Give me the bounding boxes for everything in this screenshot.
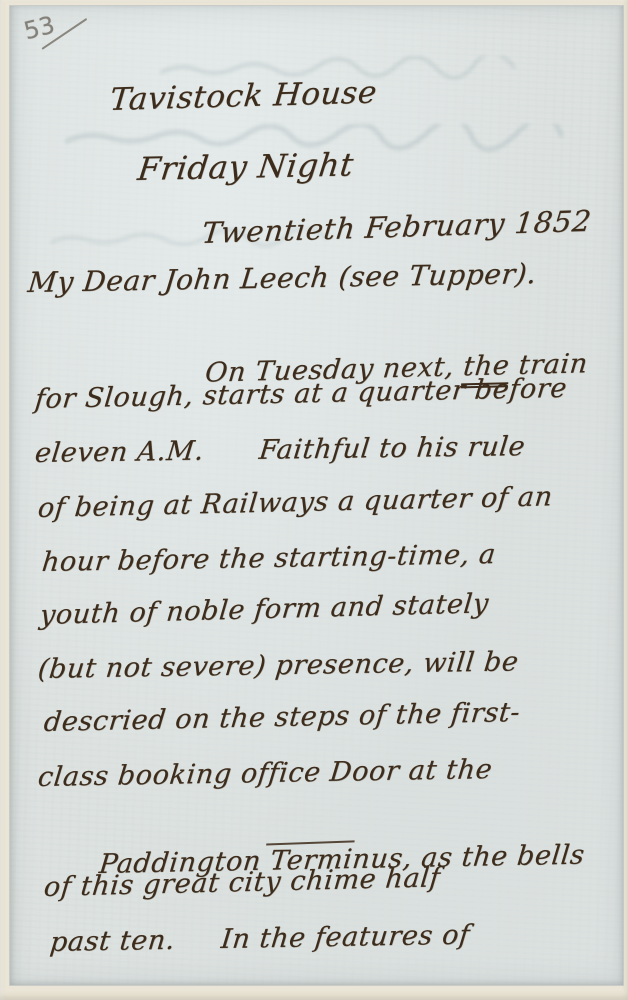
letter-body-line: descried on the steps of the first-: [42, 697, 521, 738]
letter-body-line: youth of noble form and stately: [39, 588, 491, 631]
letter-body-line: past ten. In the features of: [48, 920, 471, 958]
letter-body-line: class booking office Door at the: [36, 754, 494, 793]
letter-body-line: of being at Railways a quarter of an: [36, 481, 554, 524]
letter-dateline-date: Twentieth February 1852: [200, 204, 593, 250]
letter-page: 53 Tavistock House Friday Night Twentiet…: [9, 5, 624, 986]
manuscript-photo: 53 Tavistock House Friday Night Twentiet…: [0, 0, 628, 1000]
letter-body-line: eleven A.M. Faithful to his rule: [33, 431, 527, 469]
letter-address: Tavistock House: [108, 75, 378, 118]
letter-body-line: hour before the starting-time, a: [40, 539, 497, 578]
letter-dateline-day: Friday Night: [136, 146, 356, 188]
letter-body-line: (but not severe) presence, will be: [36, 646, 520, 685]
letter-salutation: My Dear John Leech (see Tupper).: [26, 257, 538, 299]
